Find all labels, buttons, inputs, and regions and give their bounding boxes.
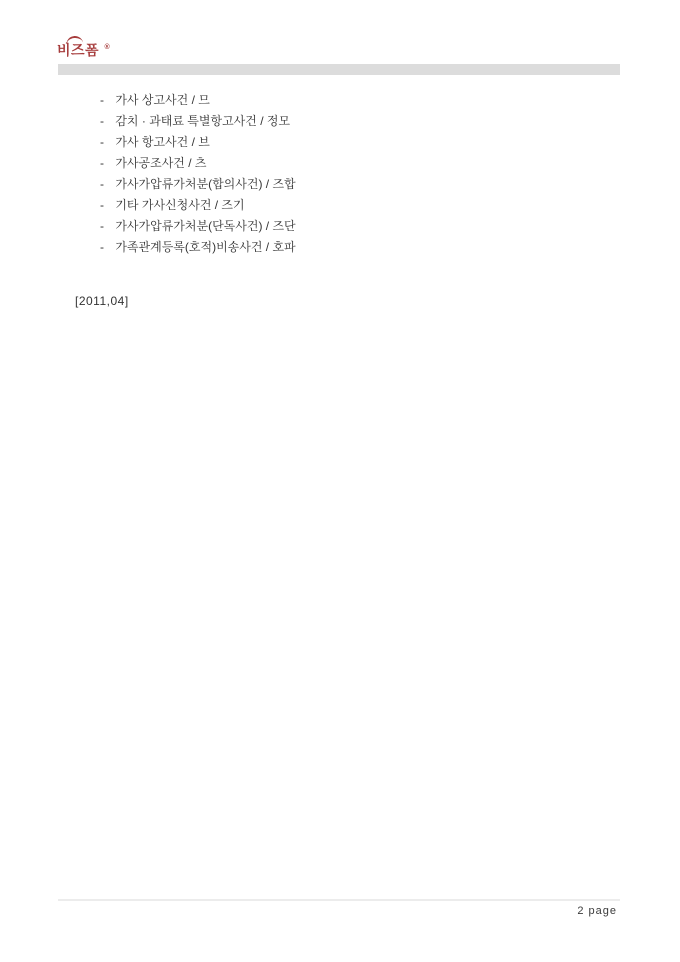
document-page: 비즈폼 ® - 가사 상고사건 / 므 - 감치 · 과태료 특별항고사건 / … <box>0 0 680 962</box>
page-number: 2 page <box>577 905 617 917</box>
bizform-logo: 비즈폼 ® <box>57 40 110 56</box>
revision-date: [2011,04] <box>75 294 129 308</box>
list-item-text: 가사가압류가처분(합의사건) / 즈합 <box>115 177 295 191</box>
footer-divider-line <box>58 899 620 901</box>
header-divider-bar <box>58 64 620 75</box>
list-item-text: 기타 가사신청사건 / 즈기 <box>115 198 244 212</box>
list-bullet: - <box>100 195 112 216</box>
list-bullet: - <box>100 237 112 258</box>
logo-arc-decoration <box>66 35 84 47</box>
list-bullet: - <box>100 153 112 174</box>
list-bullet: - <box>100 90 112 111</box>
list-item-text: 감치 · 과태료 특별항고사건 / 정모 <box>115 114 290 128</box>
list-bullet: - <box>100 111 112 132</box>
list-item: - 가사 상고사건 / 므 <box>100 90 296 111</box>
registered-trademark-icon: ® <box>104 44 110 51</box>
list-item-text: 가사가압류가처분(단독사건) / 즈단 <box>115 219 295 233</box>
list-item: - 감치 · 과태료 특별항고사건 / 정모 <box>100 111 296 132</box>
list-item: - 기타 가사신청사건 / 즈기 <box>100 195 296 216</box>
list-item: - 가족관계등록(호적)비송사건 / 호파 <box>100 237 296 258</box>
case-type-list: - 가사 상고사건 / 므 - 감치 · 과태료 특별항고사건 / 정모 - 가… <box>100 90 296 258</box>
list-bullet: - <box>100 216 112 237</box>
list-item: - 가사공조사건 / 츠 <box>100 153 296 174</box>
list-item: - 가사가압류가처분(단독사건) / 즈단 <box>100 216 296 237</box>
list-item: - 가사 항고사건 / 브 <box>100 132 296 153</box>
list-bullet: - <box>100 174 112 195</box>
list-bullet: - <box>100 132 112 153</box>
list-item-text: 가사공조사건 / 츠 <box>115 156 206 170</box>
list-item: - 가사가압류가처분(합의사건) / 즈합 <box>100 174 296 195</box>
list-item-text: 가사 상고사건 / 므 <box>115 93 209 107</box>
list-item-text: 가사 항고사건 / 브 <box>115 135 209 149</box>
list-item-text: 가족관계등록(호적)비송사건 / 호파 <box>115 240 295 254</box>
